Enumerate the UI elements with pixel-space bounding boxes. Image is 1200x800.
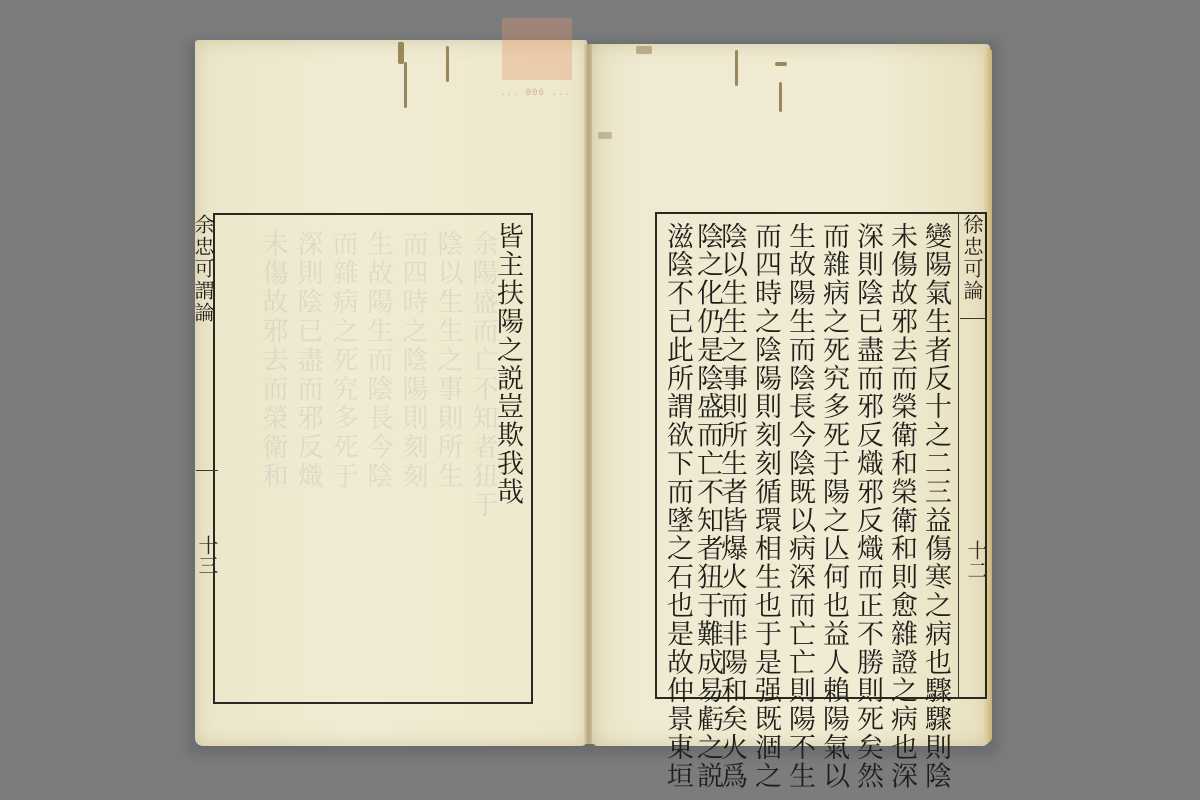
wormhole-stain xyxy=(404,62,407,108)
library-seal-watermark xyxy=(502,18,572,80)
wormhole-stain xyxy=(446,46,449,82)
wormhole-stain xyxy=(598,132,612,139)
wormhole-stain xyxy=(398,42,404,64)
wormhole-stain xyxy=(775,62,787,66)
show-through-text: 深則陰已盡而邪反熾 xyxy=(295,230,321,491)
right-page-text-column-8: 陰之化仍是陰盛而亡不知者狃于難成易虧之説 xyxy=(694,222,721,790)
show-through-text: 而雜病之死究多死于 xyxy=(330,230,356,491)
seal-watermark-text: ... 006 ... xyxy=(500,88,571,98)
margin-fish-tail-mark xyxy=(960,318,986,319)
wormhole-stain xyxy=(735,50,738,86)
right-page-text-column-9: 滋陰不已此所謂欲下而墜之石也是故仲景東垣 xyxy=(664,222,691,790)
margin-column-rule xyxy=(958,212,959,699)
show-through-text: 生故陽生而陰長今陰 xyxy=(365,230,391,491)
show-through-text: 陰以生生之事則所生 xyxy=(435,230,461,491)
wormhole-stain xyxy=(636,46,652,54)
right-page-text-column-3: 深則陰已盡而邪反熾邪反熾而正不勝則死矣然 xyxy=(854,222,881,790)
right-page-text-column-4: 而雜病之死究多死于陽之亾何也益人賴陽氣以 xyxy=(820,222,847,790)
margin-fish-tail-mark xyxy=(196,470,218,471)
right-margin-page-number: 十二 xyxy=(962,540,991,580)
right-page-text-column-5: 生故陽生而陰長今陰既以病深而亡亡則陽不生 xyxy=(786,222,813,790)
right-page-text-column-1: 變陽氣生者反十之二三益傷寒之病也驟驟則陰 xyxy=(922,222,949,790)
right-page-text-column-2: 未傷故邪去而榮衛和榮衛和則愈雜證之病也深 xyxy=(888,222,915,790)
wormhole-stain xyxy=(779,82,782,112)
right-margin-title: 徐忠可論 xyxy=(962,214,982,302)
right-page-text-column-6: 而四時之陰陽則刻刻循環相生也于是强既涸之 xyxy=(752,222,779,790)
left-page-text-column: 皆主扶陽之説豈欺我哉 xyxy=(494,222,521,506)
left-margin-title: 余忠可謂論 xyxy=(193,214,213,324)
left-margin-page-number: 十三 xyxy=(193,535,222,575)
show-through-text: 未傷故邪去而榮衛和 xyxy=(260,230,286,491)
show-through-text: 而四時之陰陽則刻刻 xyxy=(400,230,426,491)
